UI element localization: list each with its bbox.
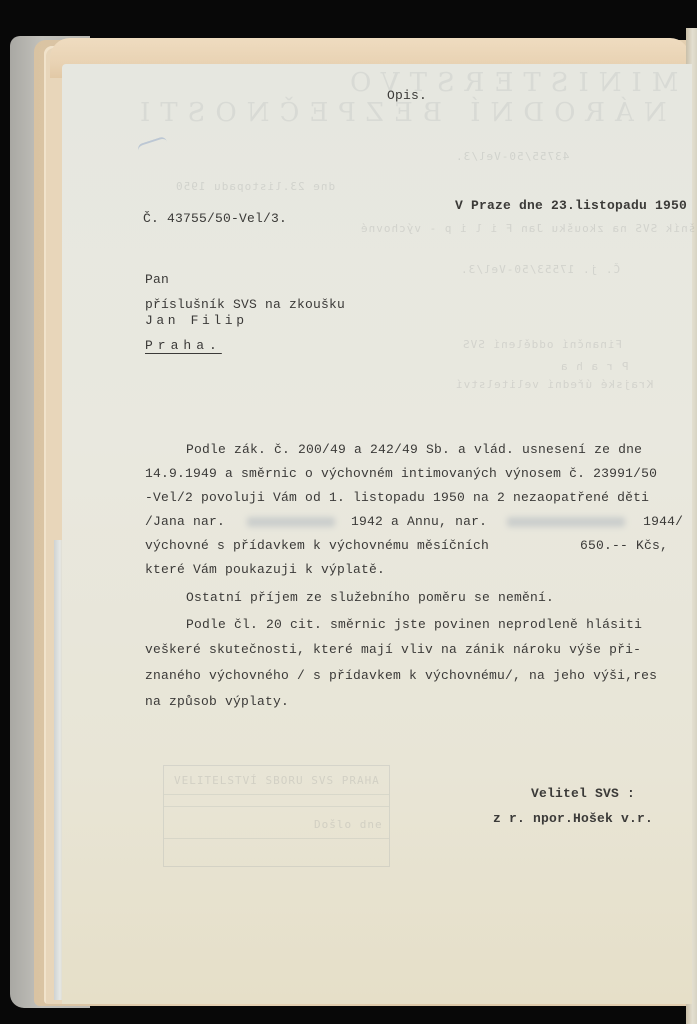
addressee-salutation: Pan — [145, 272, 169, 287]
reference-number: Č. 43755/50-Vel/3. — [143, 211, 287, 226]
bleed-through-ref: 43755/50-Vel/3. — [455, 150, 569, 163]
addressee-city: Praha. — [145, 338, 222, 353]
place-and-date: V Praze dne 23.listopadu 1950 — [455, 198, 687, 213]
stamp-text-1: VELITELSTVÍ SBORU SVS PRAHA — [174, 774, 380, 787]
body-p1-line-1: Podle zák. č. 200/49 a 242/49 Sb. a vlád… — [186, 442, 642, 457]
redacted-birthdate-jan — [247, 517, 335, 527]
addressee-rank: příslušník SVS na zkoušku — [145, 297, 345, 312]
bleed-through-date: dne 23.listopadu 1950 — [175, 180, 335, 193]
body-p1-line-5: výchovné s přídavkem k výchovnému měsíčn… — [145, 538, 489, 553]
line-4-start: /Jana nar. — [145, 514, 225, 529]
scanned-document-scene: MINISTERSTVO NÁRODNÍ BEZPEČNOSTI 43755/5… — [0, 0, 697, 1024]
body-p3-line-1: Podle čl. 20 cit. směrnic jste povinen n… — [186, 617, 642, 632]
bleed-through-row-2: Č. j. 17553/50-Vel/3. — [460, 263, 620, 276]
body-p1-line-6: které Vám poukazuji k výplatě. — [145, 562, 385, 577]
bleed-through-row-1: příslušník SVS na zkoušku Jan F i l i p … — [360, 222, 697, 235]
bleed-through-row-4: P r a h a — [560, 360, 629, 373]
bleed-through-row-5: Krajské úřední velitelství — [455, 378, 653, 391]
signature-signed: z r. npor.Hošek v.r. — [493, 811, 653, 826]
body-p1-line-2: 14.9.1949 a směrnic o výchovném intimova… — [145, 466, 657, 481]
faint-stamp: VELITELSTVÍ SBORU SVS PRAHA Došlo dne — [163, 765, 390, 867]
stamp-text-2: Došlo dne — [314, 818, 383, 831]
bleed-through-row-3: Finanční oddělení SVS — [462, 338, 622, 351]
body-p3-line-2: veškeré skutečnosti, které mají vliv na … — [145, 642, 641, 657]
redacted-birthdate-anna — [507, 517, 625, 527]
signature-title: Velitel SVS : — [531, 786, 635, 801]
addressee-name: Jan Filip — [145, 313, 248, 328]
allowance-amount: 650.-- Kčs, — [580, 538, 668, 553]
body-p1-line-3: -Vel/2 povoluji Vám od 1. listopadu 1950… — [145, 490, 649, 505]
line-4-mid: 1942 a Annu, nar. — [351, 514, 487, 529]
body-p2: Ostatní příjem ze služebního poměru se n… — [186, 590, 554, 605]
body-p3-line-3: znaného výchovného / s přídavkem k výcho… — [145, 668, 657, 683]
document-heading: Opis. — [387, 88, 427, 103]
body-p1-line-4: /Jana nar. 1942 a Annu, nar. 1944/ — [145, 514, 683, 529]
body-p3-line-4: na způsob výplaty. — [145, 694, 289, 709]
line-4-end: 1944/ — [643, 514, 683, 529]
